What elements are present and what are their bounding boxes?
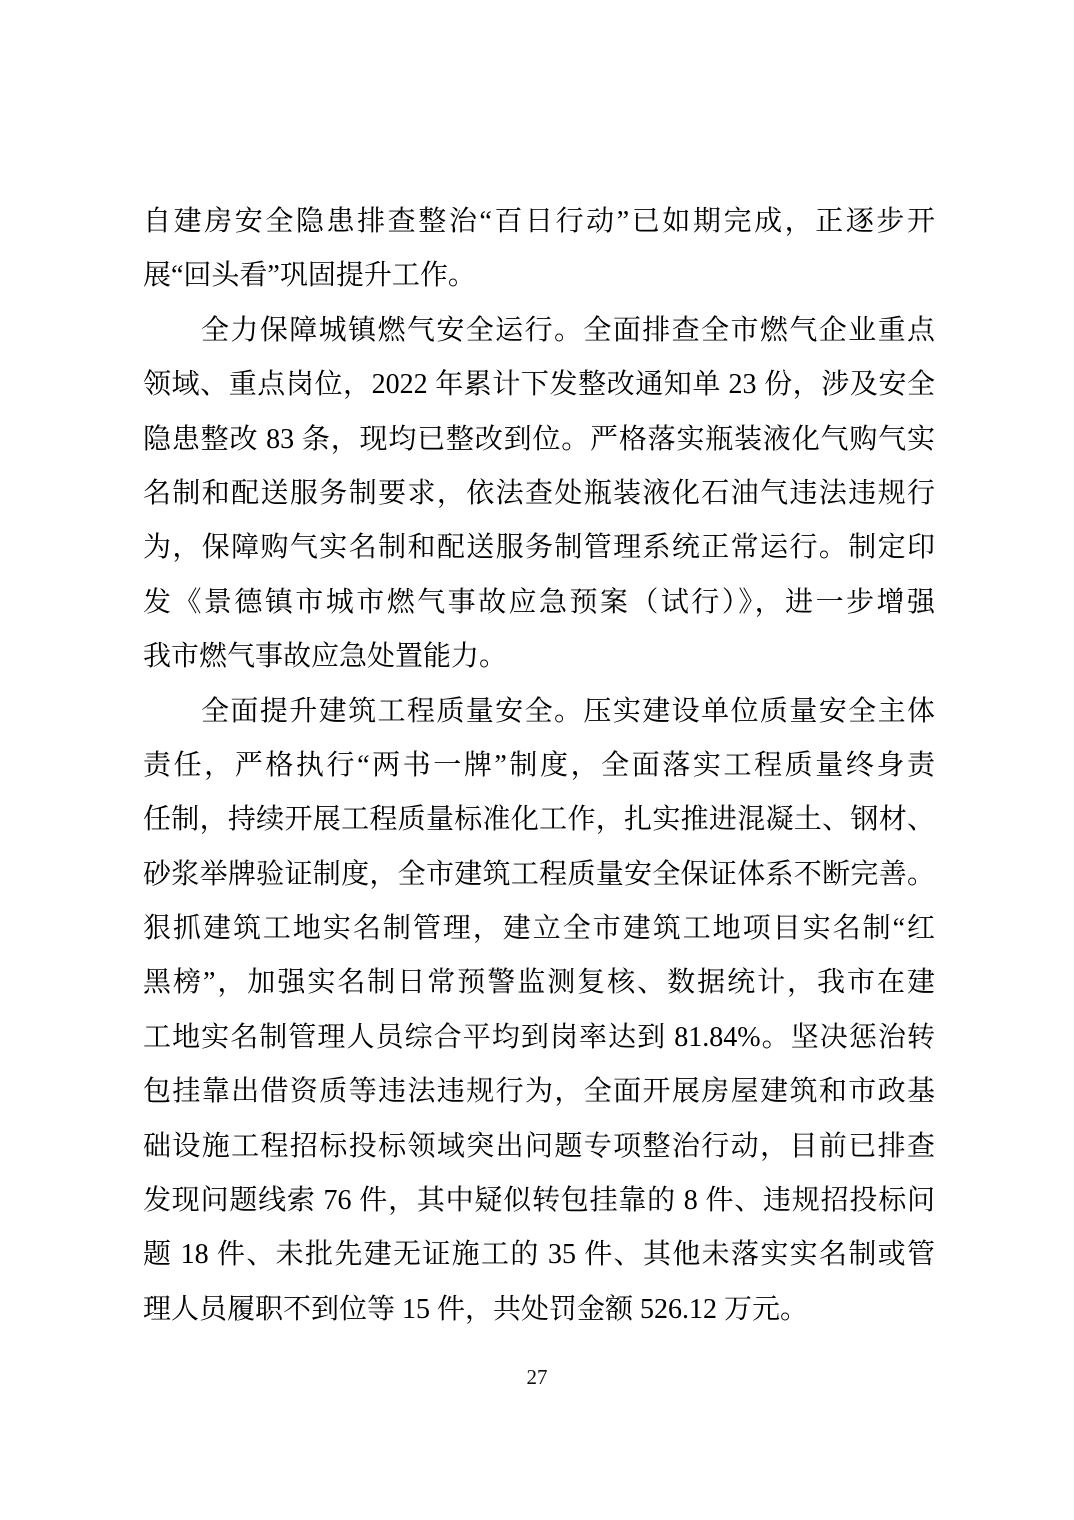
text-line: 发《景德镇市城市燃气事故应急预案（试行）》，进一步增强 [143,576,935,630]
text-line: 狠抓建筑工地实名制管理，建立全市建筑工地项目实名制“红 [143,902,935,956]
document-page: 自建房安全隐患排查整治“百日行动”已如期完成，正逐步开 展“回头看”巩固提升工作… [0,0,1074,1520]
text-line: 础设施工程招标投标领域突出问题专项整治行动，目前已排查 [143,1120,935,1174]
text-line: 发现问题线索 76 件，其中疑似转包挂靠的 8 件、违规招投标问 [143,1174,935,1228]
text-line: 为，保障购气实名制和配送服务制管理系统正常运行。制定印 [143,521,935,575]
text-line: 黑榜”，加强实名制日常预警监测复核、数据统计，我市在建 [143,956,935,1010]
text-line: 展“回头看”巩固提升工作。 [143,249,935,303]
text-line: 工地实名制管理人员综合平均到岗率达到 81.84%。坚决惩治转 [143,1011,935,1065]
text-line: 任制，持续开展工程质量标准化工作，扎实推进混凝土、钢材、 [143,793,935,847]
text-line: 名制和配送服务制要求，依法查处瓶装液化石油气违法违规行 [143,467,935,521]
text-line: 自建房安全隐患排查整治“百日行动”已如期完成，正逐步开 [143,195,935,249]
text-line: 责任，严格执行“两书一牌”制度，全面落实工程质量终身责 [143,739,935,793]
text-line: 全力保障城镇燃气安全运行。全面排查全市燃气企业重点 [143,304,935,358]
page-number: 27 [0,1364,1074,1390]
text-line: 领域、重点岗位，2022 年累计下发整改通知单 23 份，涉及安全 [143,358,935,412]
text-line: 砂浆举牌验证制度，全市建筑工程质量安全保证体系不断完善。 [143,848,935,902]
text-line: 全面提升建筑工程质量安全。压实建设单位质量安全主体 [143,685,935,739]
text-line: 隐患整改 83 条，现均已整改到位。严格落实瓶装液化气购气实 [143,413,935,467]
text-line: 理人员履职不到位等 15 件，共处罚金额 526.12 万元。 [143,1283,935,1337]
text-line: 包挂靠出借资质等违法违规行为，全面开展房屋建筑和市政基 [143,1065,935,1119]
text-line: 题 18 件、未批先建无证施工的 35 件、其他未落实实名制或管 [143,1228,935,1282]
document-body: 自建房安全隐患排查整治“百日行动”已如期完成，正逐步开 展“回头看”巩固提升工作… [143,195,935,1337]
text-line: 我市燃气事故应急处置能力。 [143,630,935,684]
